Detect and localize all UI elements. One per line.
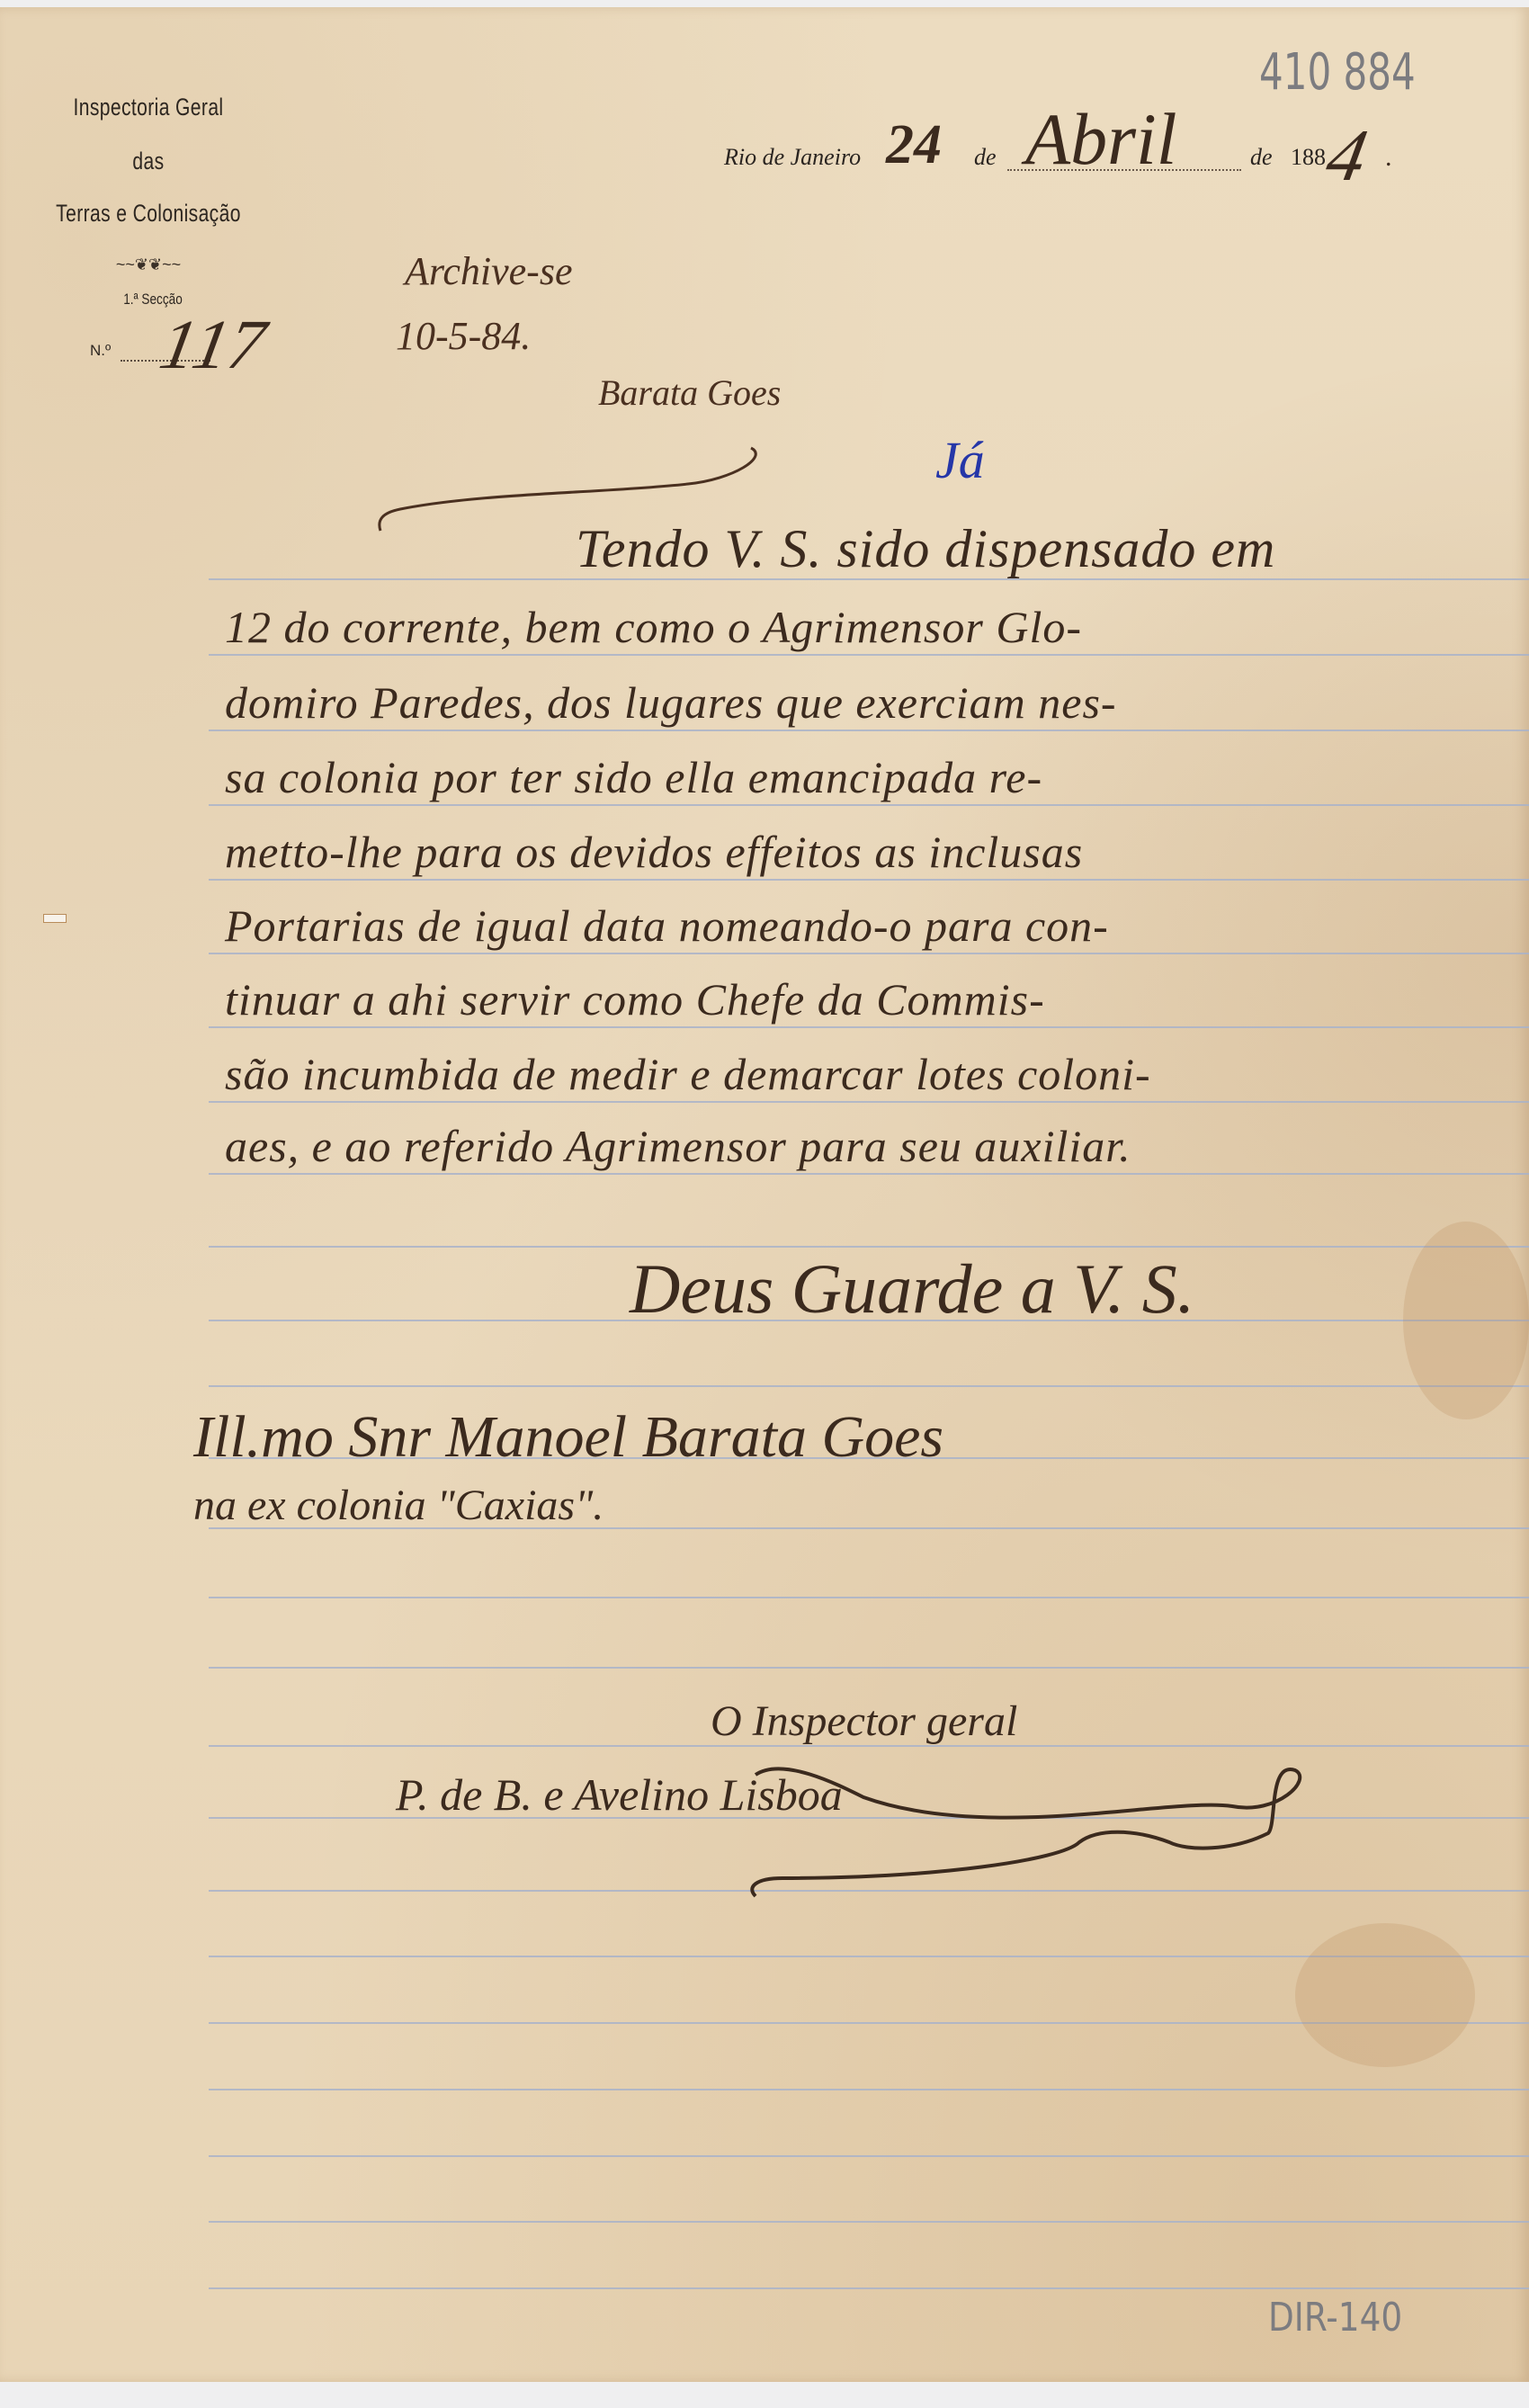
blue-annotation: Já <box>935 430 985 490</box>
body-line-5: metto-lhe para os devidos effeitos as in… <box>225 826 1083 878</box>
body-line-1: Tendo V. S. sido dispensado em <box>576 518 1275 580</box>
ruled-line <box>209 2155 1529 2157</box>
closing-salutation: Deus Guarde a V. S. <box>630 1249 1194 1329</box>
archive-number-top: 410 884 <box>1259 43 1416 102</box>
dateline-month: Abril <box>1025 97 1177 182</box>
addressee-line-1: Ill.mo Snr Manoel Barata Goes <box>193 1403 943 1472</box>
body-line-6: Portarias de igual data nomeando-o para … <box>225 900 1109 952</box>
letterhead-line-1: Inspectoria Geral <box>32 94 264 121</box>
ruled-line <box>209 654 1529 656</box>
addressee-line-2: na ex colonia "Caxias". <box>193 1481 604 1530</box>
signature-flourish <box>486 1743 1475 1914</box>
foxing-stain <box>1403 1222 1529 1419</box>
ruled-line <box>209 1667 1529 1669</box>
ruled-line <box>209 1597 1529 1598</box>
marginal-note-signature: Barata Goes <box>598 371 781 414</box>
body-line-3: domiro Paredes, dos lugares que exerciam… <box>225 676 1117 729</box>
body-line-4: sa colonia por ter sido ella emancipada … <box>225 751 1042 803</box>
ruled-line <box>209 1173 1529 1175</box>
number-label: N.º <box>90 342 111 360</box>
dateline-day: 24 <box>886 113 942 177</box>
ruled-line <box>209 1101 1529 1103</box>
ruled-line <box>209 2221 1529 2223</box>
paper-tear <box>43 914 67 923</box>
letterhead-line-3: Terras e Colonisação <box>32 200 264 228</box>
document-page: Inspectoria Geral das Terras e Colonisaç… <box>0 7 1529 2382</box>
ruled-line <box>209 1385 1529 1387</box>
dateline-de-2: de <box>1250 144 1273 171</box>
marginal-note-line-1: Archive-se <box>405 248 572 294</box>
signatory-title: O Inspector geral <box>711 1696 1017 1746</box>
ruled-line <box>209 1026 1529 1028</box>
dateline-year-printed: 188 <box>1291 144 1326 171</box>
dateline-de-1: de <box>974 144 997 171</box>
ruled-line <box>209 730 1529 731</box>
body-line-9: aes, e ao referido Agrimensor para seu a… <box>225 1120 1131 1172</box>
archive-number-bottom: DIR-140 <box>1268 2295 1402 2341</box>
ruled-line <box>209 879 1529 881</box>
ruled-line <box>209 953 1529 954</box>
foxing-stain <box>1295 1923 1475 2067</box>
body-line-2: 12 do corrente, bem como o Agrimensor Gl… <box>225 601 1082 653</box>
document-number: 117 <box>148 304 280 385</box>
ornament-icon: ~~❦❦~~ <box>99 255 198 274</box>
ruled-line <box>209 804 1529 806</box>
marginal-note-line-2: 10-5-84. <box>396 313 531 359</box>
ruled-line <box>209 2287 1529 2289</box>
dateline-period: . <box>1385 142 1392 173</box>
body-line-8: são incumbida de medir e demarcar lotes … <box>225 1048 1151 1100</box>
ruled-line <box>209 1246 1529 1248</box>
body-line-7: tinuar a ahi servir como Chefe da Commis… <box>225 973 1045 1025</box>
letterhead-line-2: das <box>32 148 264 175</box>
dateline-place: Rio de Janeiro <box>724 144 861 171</box>
ruled-line <box>209 2089 1529 2090</box>
